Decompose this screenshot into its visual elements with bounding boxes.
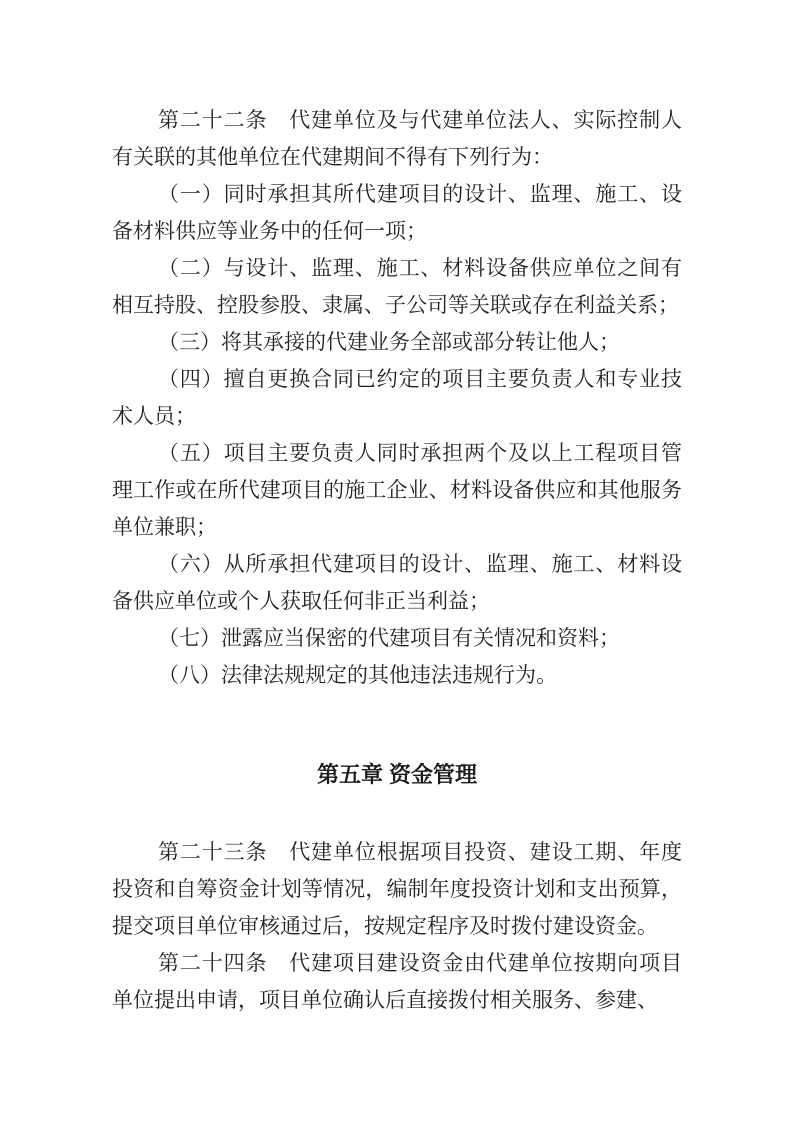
article-22-item-6: （六）从所承担代建项目的设计、监理、施工、材料设备供应单位或个人获取任何非正当利… bbox=[112, 546, 682, 620]
chapter-5-heading: 第五章 资金管理 bbox=[112, 756, 682, 793]
article-23-paragraph: 第二十三条 代建单位根据项目投资、建设工期、年度投资和自筹资金计划等情况，编制年… bbox=[112, 834, 682, 945]
page-content: 第二十二条 代建单位及与代建单位法人、实际控制人有关联的其他单位在代建期间不得有… bbox=[112, 102, 682, 1019]
article-22-item-4: （四）擅自更换合同已约定的项目主要负责人和专业技术人员； bbox=[112, 361, 682, 435]
article-22-item-8: （八）法律法规规定的其他违法违规行为。 bbox=[112, 657, 682, 694]
document-page: 第二十二条 代建单位及与代建单位法人、实际控制人有关联的其他单位在代建期间不得有… bbox=[0, 0, 793, 1122]
article-22-item-1: （一）同时承担其所代建项目的设计、监理、施工、设备材料供应等业务中的任何一项； bbox=[112, 176, 682, 250]
article-22-item-3: （三）将其承接的代建业务全部或部分转让他人； bbox=[112, 324, 682, 361]
article-22-item-7: （七）泄露应当保密的代建项目有关情况和资料； bbox=[112, 620, 682, 657]
article-22-item-5: （五）项目主要负责人同时承担两个及以上工程项目管理工作或在所代建项目的施工企业、… bbox=[112, 435, 682, 546]
article-24-paragraph-partial: 第二十四条 代建项目建设资金由代建单位按期向项目单位提出申请，项目单位确认后直接… bbox=[112, 945, 682, 1019]
article-22-intro: 第二十二条 代建单位及与代建单位法人、实际控制人有关联的其他单位在代建期间不得有… bbox=[112, 102, 682, 176]
article-22-item-2: （二）与设计、监理、施工、材料设备供应单位之间有相互持股、控股参股、隶属、子公司… bbox=[112, 250, 682, 324]
